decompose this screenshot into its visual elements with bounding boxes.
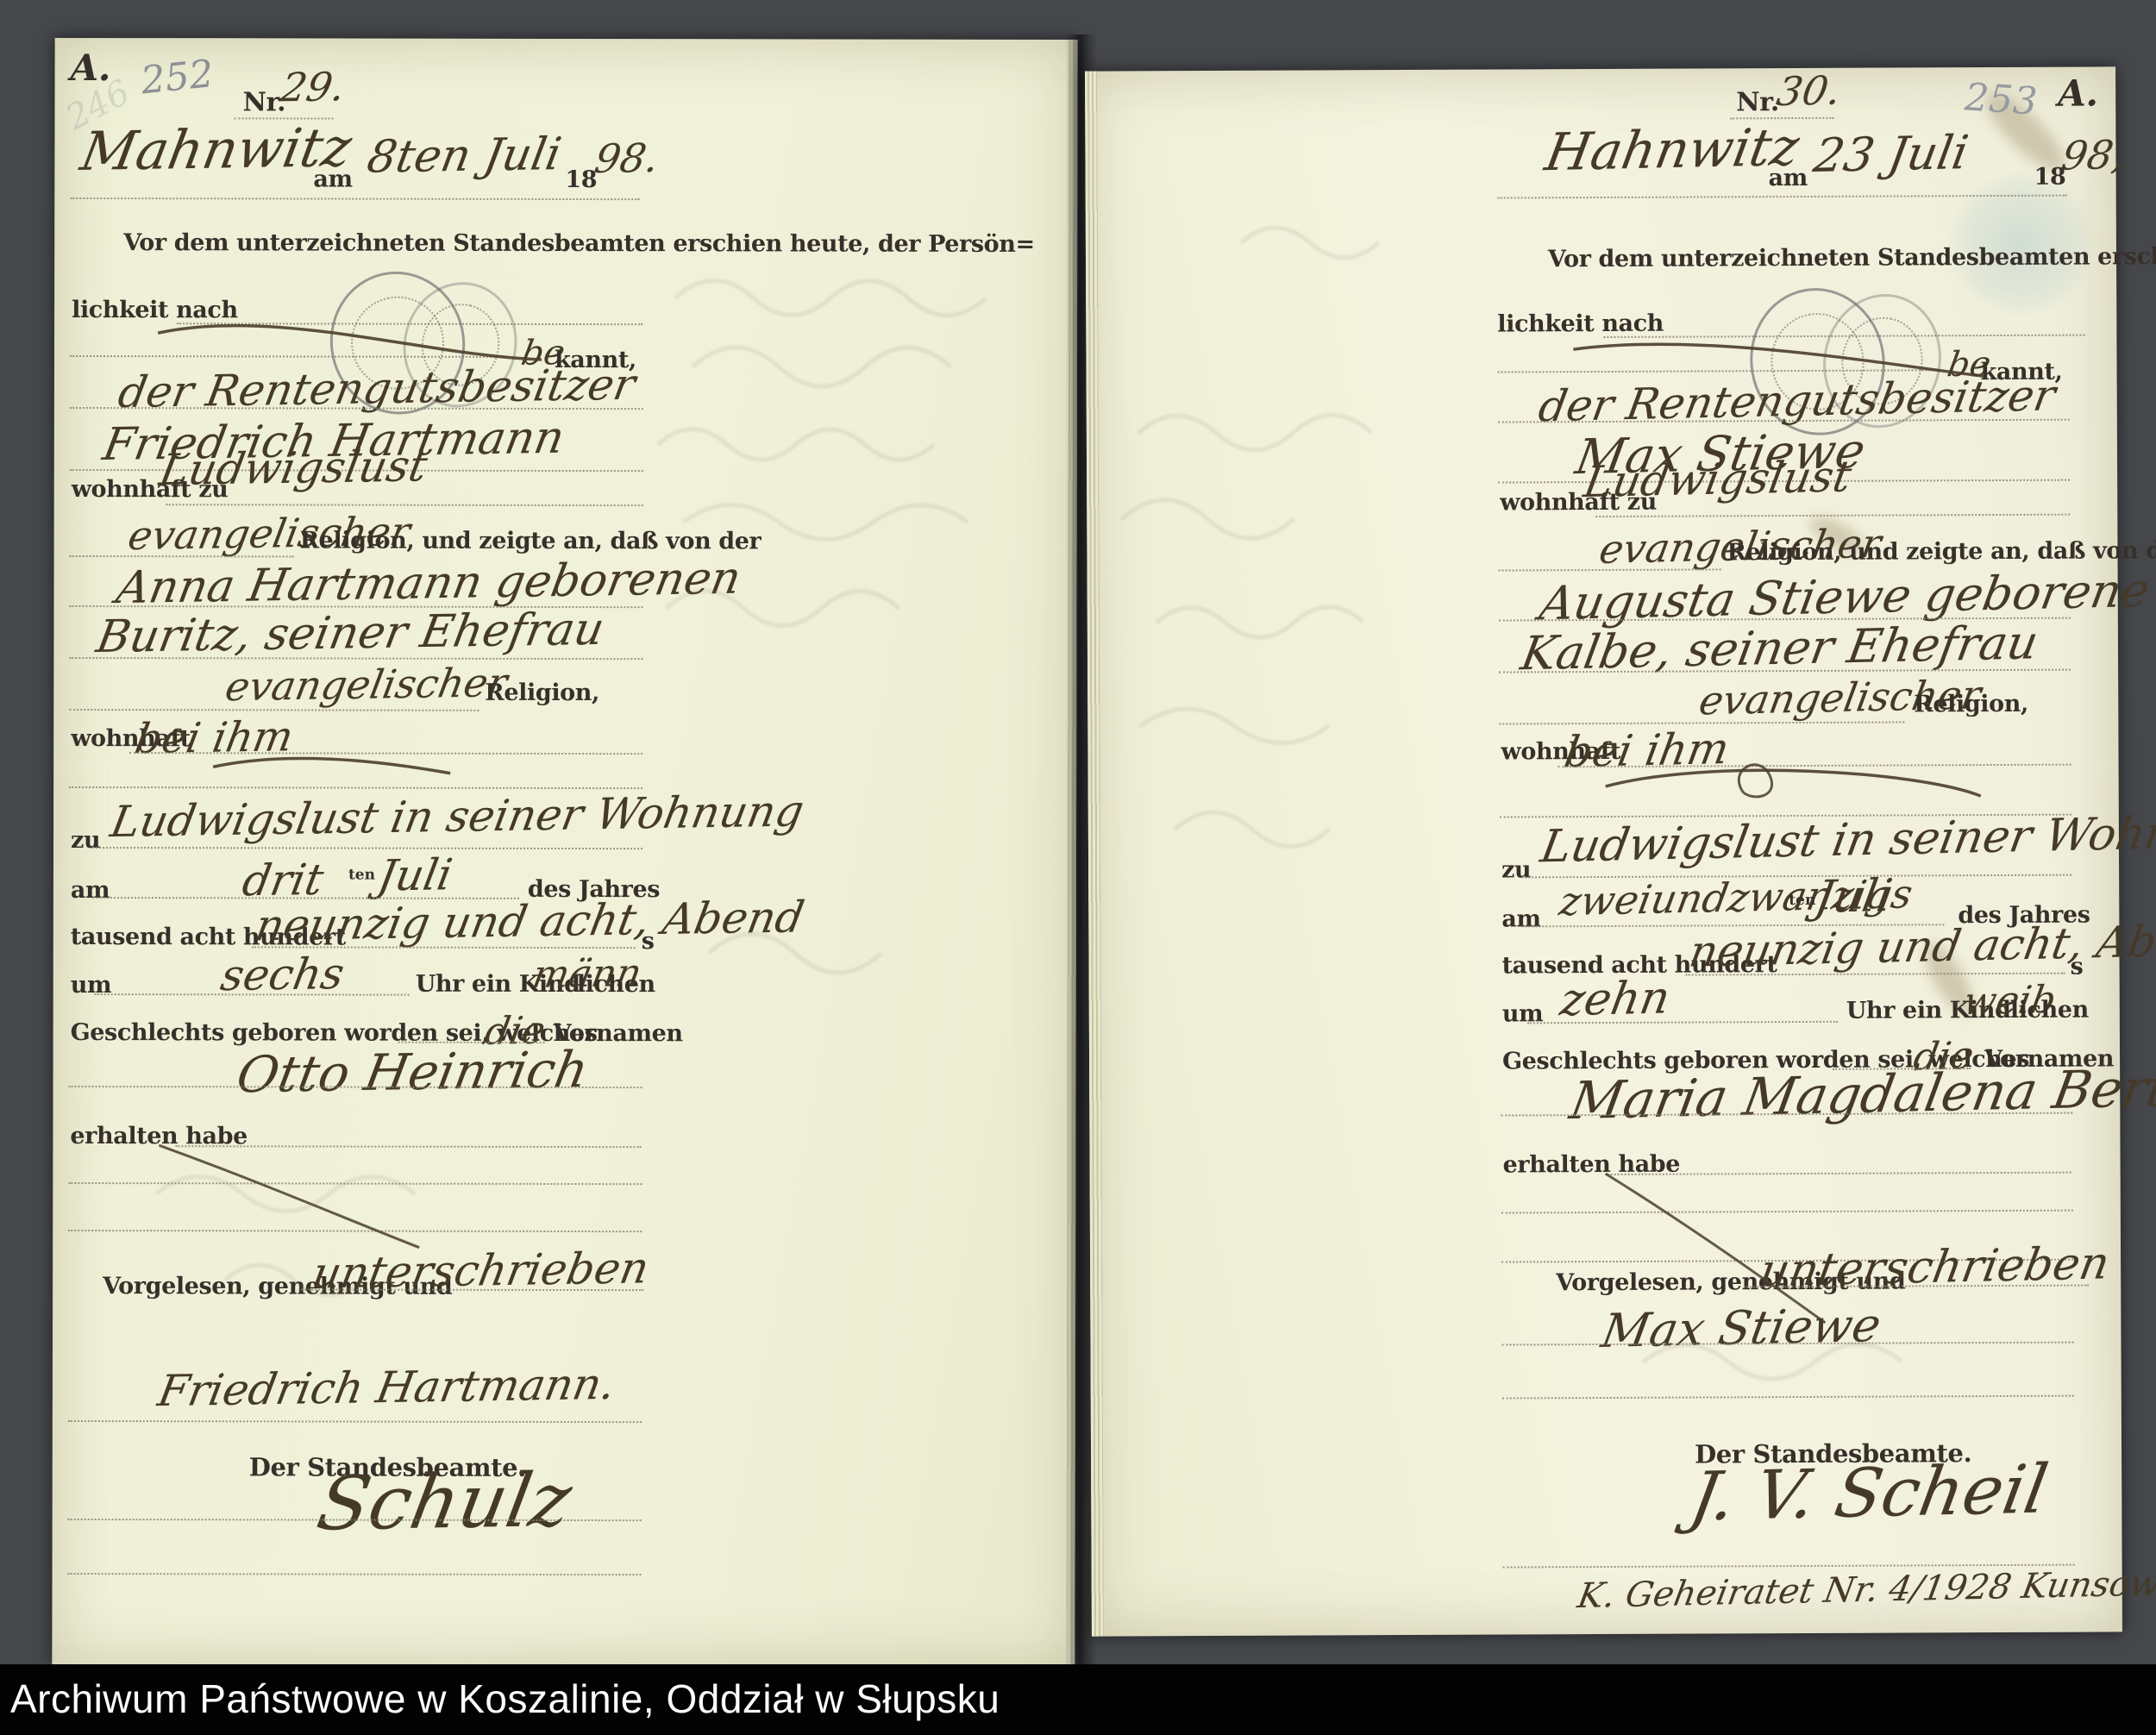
ruled-line — [69, 709, 479, 711]
birth-hour: sechs — [217, 949, 348, 1000]
mother-name-line-2: Buritz, seiner Ehefrau — [92, 604, 608, 663]
ruled-line — [68, 1573, 642, 1575]
ruled-line — [69, 786, 642, 789]
religion-value-2: evangelischer — [222, 659, 511, 710]
child-name: Otto Heinrich — [232, 1040, 592, 1104]
ten-label: ten — [1789, 892, 1815, 909]
ruled-line — [1595, 514, 2070, 517]
ruled-line — [70, 355, 505, 358]
lichen-label: lichen — [2010, 997, 2089, 1024]
ruled-line — [68, 1182, 642, 1185]
intro-line-1: Vor dem unterzeichneten Standesbeamten e… — [123, 229, 1035, 258]
scanned-register-spread: A. 252 246 Nr. 29. Mahnwitz am 8ten Juli… — [0, 0, 2156, 1735]
ruled-line — [1502, 1395, 2074, 1400]
religion-zeigte-label: Religion, und zeigte an, daß von der — [1727, 537, 2156, 566]
religion-label: Religion, — [1914, 691, 2028, 718]
ruled-line — [166, 504, 643, 506]
record-number-value: 30. — [1773, 67, 1845, 116]
am-label-2: am — [1501, 905, 1540, 932]
ruled-line — [1501, 1210, 2073, 1214]
ruled-line — [68, 1230, 642, 1232]
caption-band: Archiwum Państwowe w Koszalinie, Oddział… — [0, 1664, 2156, 1735]
birth-place: Ludwigslust in seiner Wohnung — [107, 786, 808, 848]
religion-label: Religion, — [485, 680, 599, 706]
ruled-line — [68, 1420, 642, 1423]
left-register-page: A. 252 246 Nr. 29. Mahnwitz am 8ten Juli… — [52, 38, 1077, 1666]
record-date: 8ten Juli — [363, 128, 565, 183]
record-number-value: 29. — [277, 63, 348, 110]
registrar-signature: Schulz — [311, 1457, 578, 1548]
corner-letter: A. — [2058, 72, 2098, 114]
pencil-page-number: 252 — [139, 52, 216, 103]
year-value: 98, — [2059, 131, 2130, 179]
birth-month: Juli — [374, 849, 456, 900]
record-date: 23 Juli — [1810, 125, 1972, 183]
ten-label: ten — [348, 867, 375, 884]
birth-year-words: neunzig und acht, Abend — [252, 892, 808, 950]
intro-line-2: lichkeit nach — [1497, 310, 1664, 338]
residence-value: Ludwigslust — [1580, 451, 1855, 507]
pencil-page-number: 253 — [1964, 75, 2039, 123]
unterschrieben-value: unterschrieben — [1756, 1237, 2113, 1297]
ruled-line — [1527, 1021, 1838, 1024]
place-name: Hahnwitz — [1541, 117, 1804, 183]
birth-hour: zehn — [1557, 972, 1674, 1026]
ruled-line — [70, 555, 294, 557]
residence-value-2: bei ihm — [1561, 723, 1733, 777]
birth-month: Juli — [1811, 870, 1896, 924]
residence-value-2: bei ihm — [131, 712, 297, 763]
am-label: am — [1769, 165, 1808, 191]
am-label-2: am — [71, 877, 110, 904]
registrar-signature: J. V. Scheil — [1684, 1451, 2053, 1537]
s-label: s — [2071, 954, 2084, 980]
religion-zeigte-label: Religion, und zeigte an, daß von der — [300, 527, 761, 554]
declarant-signature: Max Stiewe — [1598, 1298, 1885, 1358]
ruled-line — [95, 993, 410, 996]
declarant-signature: Friedrich Hartmann. — [154, 1359, 619, 1416]
residence-value: Ludwigslust — [156, 441, 431, 495]
intro-line-2: lichkeit nach — [72, 297, 238, 323]
ruled-line — [70, 197, 639, 200]
intro-line-1: Vor dem unterzeichneten Standesbeamten e… — [1548, 242, 2156, 273]
zu-label: zu — [71, 827, 100, 854]
am-label: am — [313, 166, 352, 192]
zu-label: zu — [1501, 856, 1531, 883]
right-register-page: A. 253 Nr. 30. Hahnwitz am 23 Juli 18 98… — [1085, 66, 2122, 1636]
marginal-note: K. Geheiratet Nr. 4/1928 Kunsow. — [1575, 1563, 2156, 1616]
archive-caption: Archiwum Państwowe w Koszalinie, Oddział… — [10, 1664, 1000, 1733]
ruled-line — [92, 847, 642, 849]
lichen-label: lichen — [577, 971, 655, 998]
year-value: 98. — [591, 135, 662, 182]
